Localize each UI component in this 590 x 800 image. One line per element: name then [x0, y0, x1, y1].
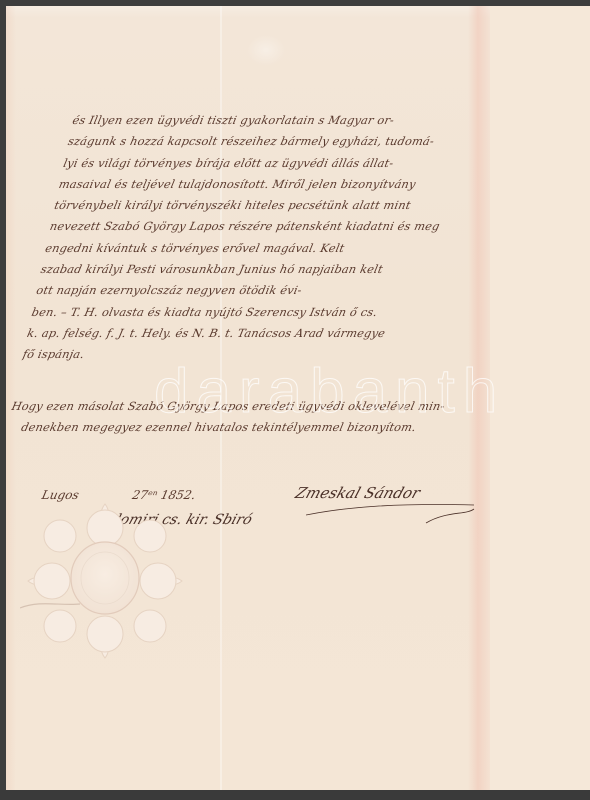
text-line: masaival és teljével tulajdonosított. Mi…: [57, 174, 502, 195]
text-line: k. ap. felség. f. J. t. Hely. és N. B. t…: [25, 323, 470, 344]
text-line: engedni kívántuk s törvényes erővel magá…: [43, 238, 488, 259]
scan-frame-bottom: [0, 790, 590, 800]
faint-emboss-mark: [246, 34, 286, 66]
text-line: nevezett Szabó György Lapos részére páte…: [48, 216, 493, 237]
text-line: szabad királyi Pesti városunkban Junius …: [39, 259, 484, 280]
signature-flourish: [306, 501, 476, 531]
watermark: darabanth: [154, 356, 505, 427]
text-line: ben. – T. H. olvasta és kiadta nyújtó Sz…: [30, 302, 475, 323]
signature-name: Zmeskal Sándor: [293, 484, 422, 502]
text-line: és Illyen ezen ügyvédi tiszti gyakorlata…: [70, 110, 515, 131]
text-line: ott napján ezernyolcszáz negyven ötödik …: [34, 280, 479, 301]
manuscript-page: és Illyen ezen ügyvédi tiszti gyakorlata…: [6, 6, 590, 790]
text-line: törvénybeli királyi törvényszéki hiteles…: [52, 195, 497, 216]
text-line: szágunk s hozzá kapcsolt részeihez bárme…: [66, 131, 511, 152]
embossed-paper-seal: [20, 496, 190, 666]
body-paragraph: és Illyen ezen ügyvédi tiszti gyakorlata…: [20, 110, 514, 366]
text-line: lyi és világi törvényes bírája előtt az …: [61, 153, 506, 174]
